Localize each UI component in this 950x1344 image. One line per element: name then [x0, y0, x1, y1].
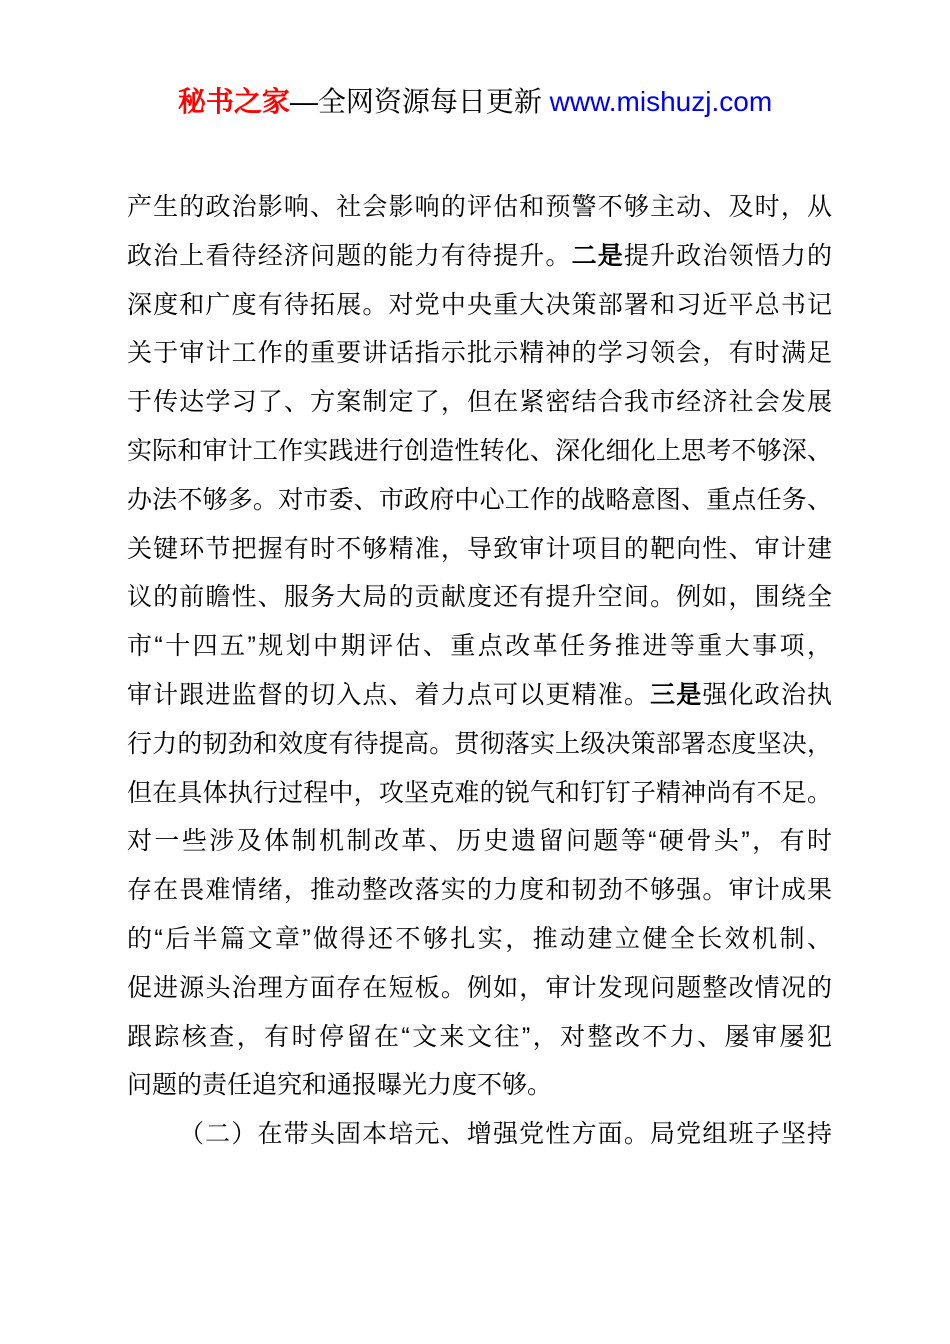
body-text-segment: 关于审计工作的重要讲话指示批示精神的学习领会，有时满足: [127, 339, 832, 367]
emphasis-text: 二是: [572, 242, 624, 270]
text-line: 审计跟进监督的切入点、着力点可以更精准。三是强化政治执: [127, 671, 832, 720]
text-line: 行力的韧劲和效度有待提高。贯彻落实上级决策部署态度坚决，: [127, 720, 832, 769]
text-line: 问题的责任追究和通报曝光力度不够。: [127, 1061, 832, 1110]
text-line: 深度和广度有待拓展。对党中央重大决策部署和习近平总书记: [127, 281, 832, 330]
body-text-segment: 存在畏难情绪，推动整改落实的力度和韧劲不够强。审计成果: [127, 876, 832, 904]
header-tagline: —全网资源每日更新: [290, 86, 550, 117]
body-text-segment: 审计跟进监督的切入点、着力点可以更精准。: [127, 681, 650, 709]
document-page: 秘书之家—全网资源每日更新 www.mishuzj.com 产生的政治影响、社会…: [0, 0, 950, 1344]
body-text-segment: 市“十四五”规划中期评估、重点改革任务推进等重大事项，: [127, 632, 832, 660]
text-line: 议的前瞻性、服务大局的贡献度还有提升空间。例如，围绕全: [127, 573, 832, 622]
body-text-segment: 议的前瞻性、服务大局的贡献度还有提升空间。例如，围绕全: [127, 583, 832, 611]
body-text-segment: 但在具体执行过程中，攻坚克难的锐气和钉钉子精神尚有不足。: [127, 779, 832, 807]
body-text-segment: 提升政治领悟力的: [624, 242, 832, 270]
page-header: 秘书之家—全网资源每日更新 www.mishuzj.com: [0, 84, 950, 120]
body-text-segment: （二）在带头固本培元、增强党性方面。局党组班子坚持: [179, 1120, 832, 1148]
text-line: 关于审计工作的重要讲话指示批示精神的学习领会，有时满足: [127, 329, 832, 378]
text-line: 的“后半篇文章”做得还不够扎实，推动建立健全长效机制、: [127, 915, 832, 964]
text-line: 办法不够多。对市委、市政府中心工作的战略意图、重点任务、: [127, 476, 832, 525]
text-line: 跟踪核查，有时停留在“文来文往”，对整改不力、屡审屡犯: [127, 1013, 832, 1062]
text-line: （二）在带头固本培元、增强党性方面。局党组班子坚持: [127, 1110, 832, 1159]
text-line: 对一些涉及体制机制改革、历史遗留问题等“硬骨头”，有时: [127, 817, 832, 866]
body-text-segment: 的“后半篇文章”做得还不够扎实，推动建立健全长效机制、: [127, 925, 832, 953]
text-line: 产生的政治影响、社会影响的评估和预警不够主动、及时，从: [127, 183, 832, 232]
emphasis-text: 三是: [650, 681, 702, 709]
body-text-segment: 关键环节把握有时不够精准，导致审计项目的靶向性、审计建: [127, 535, 832, 563]
site-url-link[interactable]: www.mishuzj.com: [550, 86, 772, 117]
body-text-segment: 实际和审计工作实践进行创造性转化、深化细化上思考不够深、: [127, 437, 832, 465]
site-name: 秘书之家: [178, 86, 290, 117]
document-body: 产生的政治影响、社会影响的评估和预警不够主动、及时，从政治上看待经济问题的能力有…: [127, 183, 832, 1159]
body-text-segment: 于传达学习了、方案制定了，但在紧密结合我市经济社会发展: [127, 388, 832, 416]
body-text-segment: 政治上看待经济问题的能力有待提升。: [127, 242, 572, 270]
text-line: 政治上看待经济问题的能力有待提升。二是提升政治领悟力的: [127, 232, 832, 281]
body-text-segment: 行力的韧劲和效度有待提高。贯彻落实上级决策部署态度坚决，: [127, 730, 832, 758]
text-line: 实际和审计工作实践进行创造性转化、深化细化上思考不够深、: [127, 427, 832, 476]
body-text-segment: 跟踪核查，有时停留在“文来文往”，对整改不力、屡审屡犯: [127, 1023, 832, 1051]
text-line: 存在畏难情绪，推动整改落实的力度和韧劲不够强。审计成果: [127, 866, 832, 915]
text-line: 于传达学习了、方案制定了，但在紧密结合我市经济社会发展: [127, 378, 832, 427]
text-line: 关键环节把握有时不够精准，导致审计项目的靶向性、审计建: [127, 525, 832, 574]
body-text-segment: 深度和广度有待拓展。对党中央重大决策部署和习近平总书记: [127, 291, 832, 319]
text-line: 促进源头治理方面存在短板。例如，审计发现问题整改情况的: [127, 964, 832, 1013]
body-text-segment: 对一些涉及体制机制改革、历史遗留问题等“硬骨头”，有时: [127, 827, 832, 855]
text-line: 但在具体执行过程中，攻坚克难的锐气和钉钉子精神尚有不足。: [127, 769, 832, 818]
text-line: 市“十四五”规划中期评估、重点改革任务推进等重大事项，: [127, 622, 832, 671]
body-text-segment: 问题的责任追究和通报曝光力度不够。: [127, 1071, 552, 1099]
body-text-segment: 强化政治执: [702, 681, 832, 709]
body-text-segment: 产生的政治影响、社会影响的评估和预警不够主动、及时，从: [127, 193, 832, 221]
body-text-segment: 促进源头治理方面存在短板。例如，审计发现问题整改情况的: [127, 974, 832, 1002]
body-text-segment: 办法不够多。对市委、市政府中心工作的战略意图、重点任务、: [127, 486, 832, 514]
